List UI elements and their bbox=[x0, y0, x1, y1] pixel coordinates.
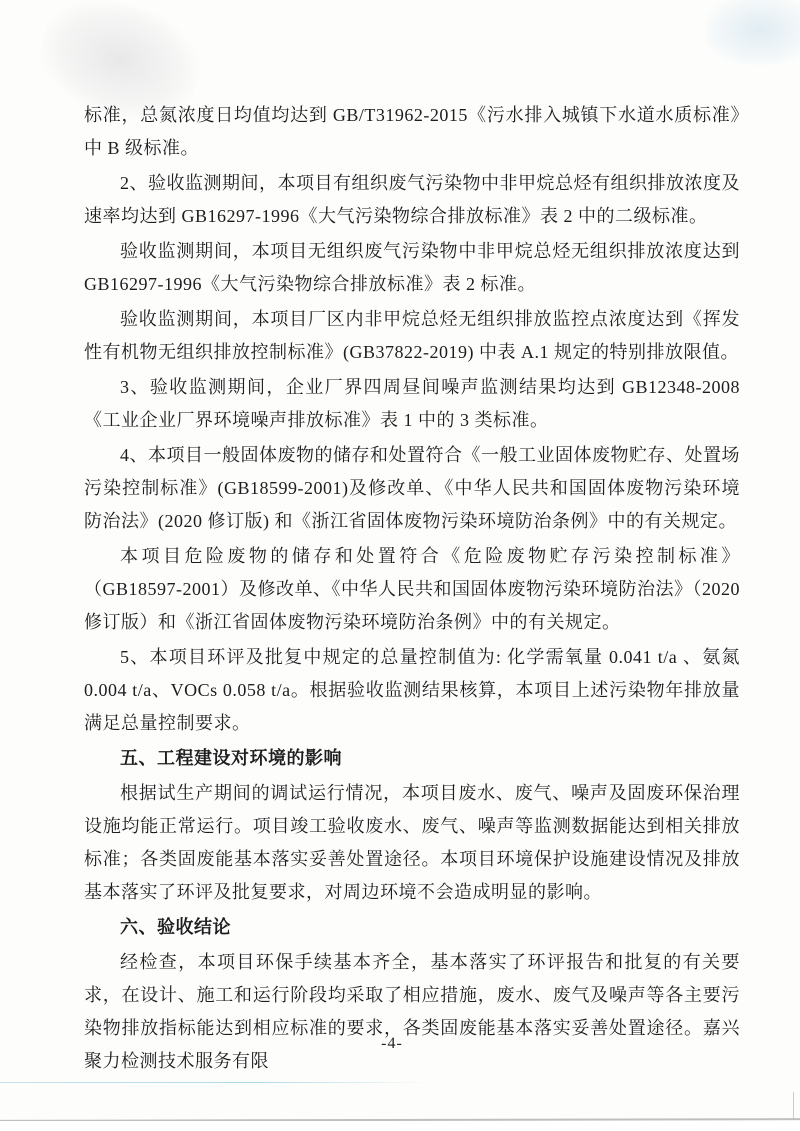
paragraph: 3、验收监测期间，企业厂界四周昼间噪声监测结果均达到 GB12348-2008《… bbox=[84, 371, 740, 437]
paragraph: 经检查，本项目环保手续基本齐全，基本落实了环评报告和批复的有关要求，在设计、施工… bbox=[84, 946, 740, 1078]
paragraph: 验收监测期间，本项目无组织废气污染物中非甲烷总烃无组织排放浓度达到 GB1629… bbox=[84, 235, 740, 301]
paragraph: 根据试生产期间的调试运行情况，本项目废水、废气、噪声及固废环保治理设施均能正常运… bbox=[84, 777, 740, 909]
paragraph: 5、本项目环评及批复中规定的总量控制值为: 化学需氧量 0.041 t/a 、氨… bbox=[84, 641, 740, 740]
section-heading-impact: 五、工程建设对环境的影响 bbox=[84, 742, 740, 775]
paragraph: 标准，总氮浓度日均值均达到 GB/T31962-2015《污水排入城镇下水道水质… bbox=[84, 99, 740, 165]
page-edge-shadow bbox=[793, 1092, 794, 1120]
scan-line-artifact bbox=[0, 1082, 430, 1083]
page-edge-shadow bbox=[0, 1118, 800, 1122]
paragraph: 2、验收监测期间，本项目有组织废气污染物中非甲烷总烃有组织排放浓度及速率均达到 … bbox=[84, 167, 740, 233]
paragraph: 本项目危险废物的储存和处置符合《危险废物贮存污染控制标准》（GB18597-20… bbox=[84, 540, 740, 639]
scanned-document-page: 标准，总氮浓度日均值均达到 GB/T31962-2015《污水排入城镇下水道水质… bbox=[0, 0, 800, 1131]
scan-smudge-artifact bbox=[705, 0, 800, 65]
document-body: 标准，总氮浓度日均值均达到 GB/T31962-2015《污水排入城镇下水道水质… bbox=[84, 99, 740, 1080]
paragraph: 验收监测期间，本项目厂区内非甲烷总烃无组织排放监控点浓度达到《挥发性有机物无组织… bbox=[84, 303, 740, 369]
page-edge-background bbox=[0, 1121, 800, 1131]
page-number: -4- bbox=[0, 1035, 784, 1053]
paragraph: 4、本项目一般固体废物的储存和处置符合《一般工业固体废物贮存、处置场污染控制标准… bbox=[84, 439, 740, 538]
section-heading-conclusion: 六、验收结论 bbox=[84, 911, 740, 944]
